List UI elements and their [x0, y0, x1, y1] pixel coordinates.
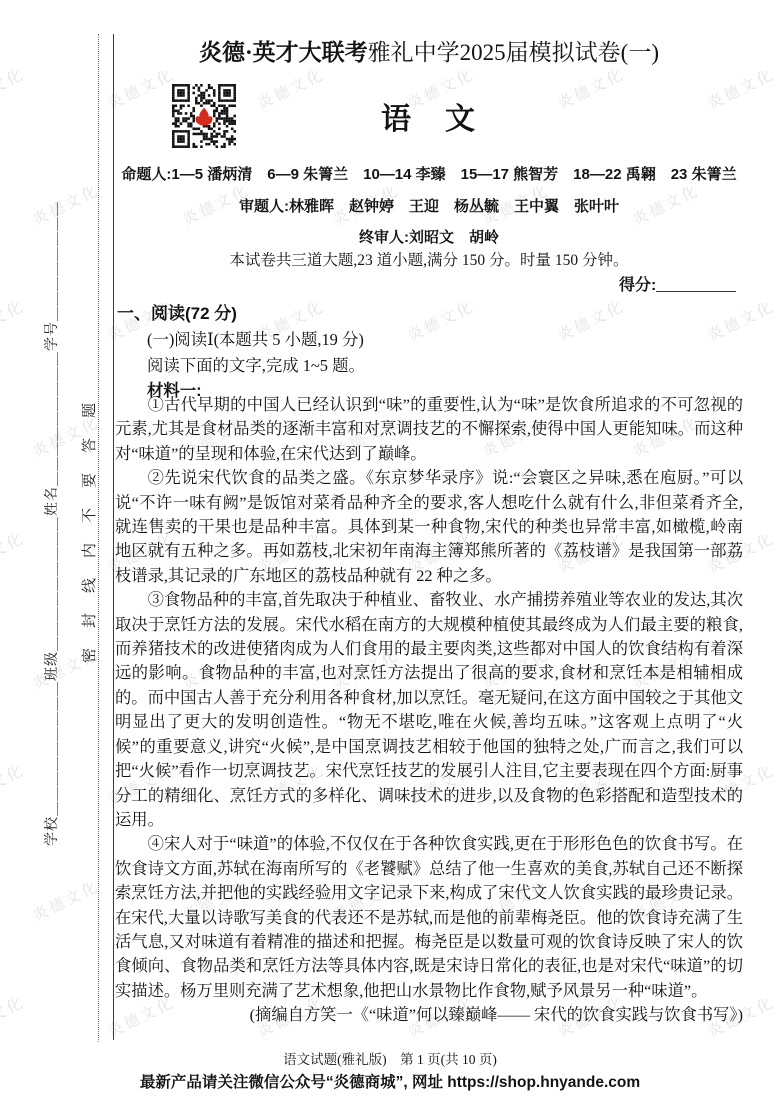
exam-paper-page: 炎德文化炎德文化炎德文化炎德文化炎德文化炎德文化炎德文化炎德文化炎德文化炎德文化… — [0, 0, 780, 1104]
score-blank — [656, 276, 736, 292]
reviewers-line: 审题人:林雅晖 赵钟婷 王迎 杨丛毓 王中翼 张叶叶 — [115, 195, 743, 216]
final-reviewers-line: 终审人:刘昭文 胡岭 — [115, 226, 743, 247]
exam-title-brand: 炎德·英才大联考 — [199, 40, 368, 65]
paragraph-3: ③食物品种的丰富,首先取决于种植业、畜牧业、水产捕捞养殖业等农业的发达,其次取决… — [115, 588, 743, 832]
watermark-text: 炎德文化 — [0, 759, 28, 809]
reading-instruction: 阅读下面的文字,完成 1~5 题。 — [147, 352, 365, 376]
watermark-text: 炎德文化 — [554, 295, 628, 345]
paragraph-4: ④宋人对于“味道”的体验,不仅仅在于各种饮食实践,更在于形形色色的饮食书写。在饮… — [115, 832, 743, 1003]
seal-solid-line — [113, 34, 114, 1040]
watermark-text: 炎德文化 — [0, 295, 28, 345]
subsection-heading: (一)阅读Ⅰ(本题共 5 小题,19 分) — [147, 326, 364, 350]
material-body: ①古代早期的中国人已经认识到“味”的重要性,认为“味”是饮食所追求的不可忽视的元… — [115, 393, 743, 1028]
watermark-text: 炎德文化 — [29, 875, 103, 925]
watermark-text: 炎德文化 — [0, 63, 28, 113]
exam-title-rest: 雅礼中学2025届模拟试卷(一) — [368, 40, 659, 65]
source-attribution: (摘编自方笑一《“味道”何以臻巅峰—— 宋代的饮食实践与饮食书写》) — [115, 1003, 743, 1027]
paragraph-2: ②先说宋代饮食的品类之盛。《东京梦华录序》说:“会寰区之异味,悉在庖厨。”可以说… — [115, 466, 743, 588]
paragraph-1: ①古代早期的中国人已经认识到“味”的重要性,认为“味”是饮食所追求的不可忽视的元… — [115, 393, 743, 466]
section-heading: 一、阅读(72 分) — [117, 299, 237, 324]
promo-line: 最新产品请关注微信公众号“炎德商城”, 网址 https://shop.hnya… — [0, 1070, 780, 1092]
watermark-text: 炎德文化 — [0, 527, 28, 577]
watermark-text: 炎德文化 — [0, 991, 28, 1041]
page-number-footer: 语文试题(雅礼版) 第 1 页(共 10 页) — [0, 1048, 780, 1068]
score-label: 得分: — [619, 277, 656, 294]
exam-info-line: 本试卷共三道大题,23 道小题,满分 150 分。时量 150 分钟。 — [115, 248, 743, 270]
score-line: 得分: — [619, 272, 736, 295]
subject-title: 语 文 — [115, 94, 743, 138]
exam-title: 炎德·英才大联考雅礼中学2025届模拟试卷(一) — [115, 38, 743, 68]
seal-instruction-text: 密封线内不要答题 — [78, 373, 100, 673]
watermark-text: 炎德文化 — [404, 295, 478, 345]
sidebar-student-fields: 学校＿＿＿＿＿＿＿＿＿班级＿＿＿＿＿＿＿＿＿姓名＿＿＿＿＿＿＿＿＿学号＿＿＿＿＿… — [41, 206, 63, 846]
watermark-text: 炎德文化 — [704, 295, 778, 345]
proposers-line: 命题人:1—5 潘炳清 6—9 朱箐兰 10—14 李臻 15—17 熊智芳 1… — [115, 163, 743, 184]
